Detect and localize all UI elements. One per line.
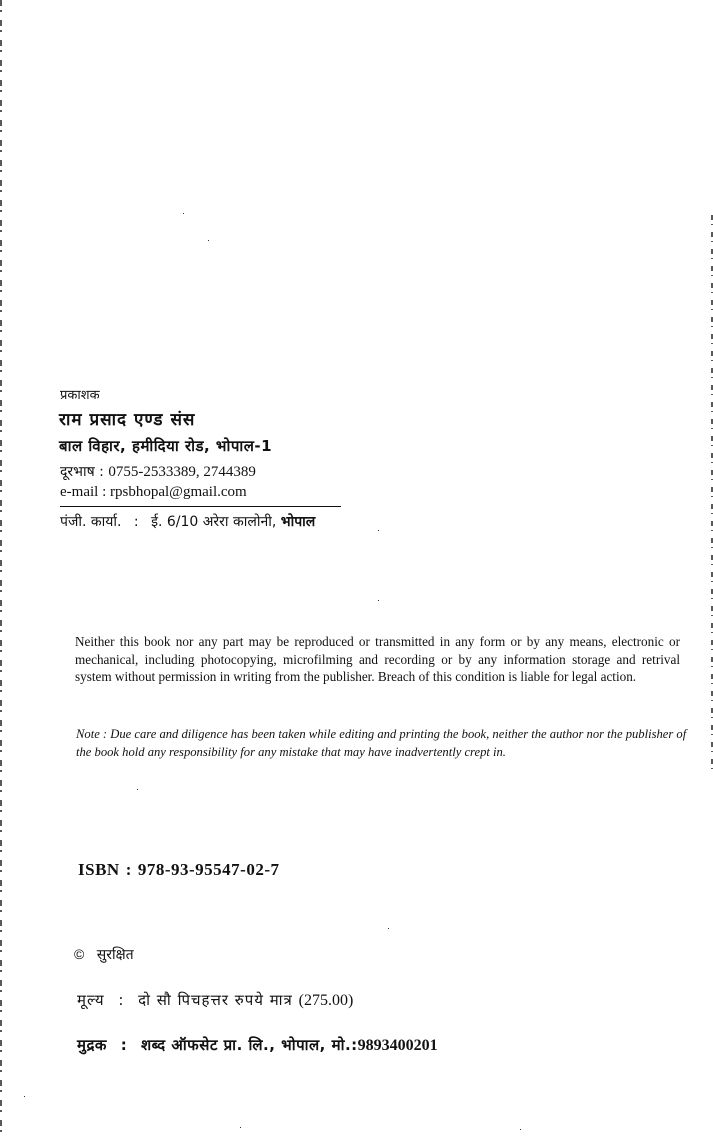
email-value: rpsbhopal@gmail.com: [110, 484, 247, 500]
scan-speck: [378, 530, 379, 531]
colon-separator: :: [118, 991, 124, 1009]
copyright-notice: Neither this book nor any part may be re…: [75, 633, 680, 686]
scan-speck: [208, 240, 209, 241]
rights-text: सुरक्षित: [97, 947, 134, 963]
isbn-label: ISBN: [78, 860, 120, 879]
publisher-phone: दूरभाष : 0755-2533389, 2744389: [60, 462, 256, 481]
registered-office-city: भोपाल: [281, 514, 316, 530]
price: मूल्य : दो सौ पिचहत्तर रुपये मात्र (275.…: [77, 990, 353, 1010]
scan-edge-left: [0, 0, 2, 1139]
printer-name: शब्द ऑफसेट प्रा. लि., भोपाल,: [141, 1036, 326, 1054]
scan-speck: [183, 213, 184, 214]
disclaimer-note: Note : Due care and diligence has been t…: [76, 725, 691, 761]
printer-mobile-value: 9893400201: [358, 1037, 438, 1054]
scan-speck: [24, 1096, 25, 1097]
registered-office-label: पंजी. कार्या.: [60, 514, 121, 530]
price-words: दो सौ पिचहत्तर रुपये मात्र: [138, 991, 293, 1009]
phone-label: दूरभाष :: [60, 464, 104, 480]
printer: मुद्रक : शब्द ऑफसेट प्रा. लि., भोपाल, मो…: [77, 1035, 438, 1055]
publisher-address: बाल विहार, हमीदिया रोड, भोपाल-1: [59, 436, 272, 456]
isbn-value: 978-93-95547-02-7: [138, 860, 280, 879]
registered-office: पंजी. कार्या. : ई. 6/10 अरेरा कालोनी, भो…: [60, 512, 315, 531]
phone-value: 0755-2533389, 2744389: [108, 464, 256, 480]
scan-speck: [388, 928, 389, 929]
rights-reserved: © सुरक्षित: [74, 945, 134, 964]
divider-line: [60, 506, 341, 507]
price-amount: (275.00): [299, 992, 354, 1009]
scan-speck: [520, 1129, 521, 1130]
colon-separator: :: [121, 1036, 128, 1054]
email-label: e-mail :: [60, 484, 106, 500]
printer-mobile-label: मो.:: [332, 1036, 358, 1054]
scan-speck: [240, 1127, 241, 1128]
publisher-name: राम प्रसाद एण्ड संस: [59, 407, 195, 430]
book-imprint-page: प्रकाशक राम प्रसाद एण्ड संस बाल विहार, ह…: [0, 0, 713, 1139]
price-label: मूल्य: [77, 991, 105, 1009]
registered-office-address: ई. 6/10 अरेरा कालोनी,: [151, 514, 276, 530]
colon-separator: :: [126, 860, 132, 879]
publisher-label: प्रकाशक: [60, 385, 100, 403]
scan-speck: [378, 600, 379, 601]
isbn: ISBN:978-93-95547-02-7: [78, 860, 280, 880]
printer-label: मुद्रक: [77, 1036, 107, 1054]
scan-speck: [137, 789, 138, 790]
colon-separator: :: [134, 514, 139, 530]
copyright-icon: ©: [74, 946, 84, 962]
publisher-email: e-mail : rpsbhopal@gmail.com: [60, 484, 247, 501]
